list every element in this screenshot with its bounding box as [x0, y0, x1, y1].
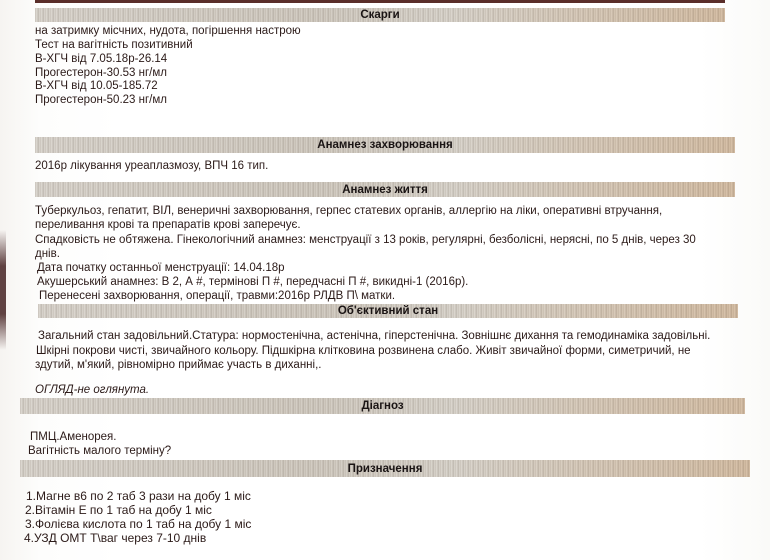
diagnosis-line: ПМЦ.Аменорея. — [30, 431, 116, 445]
section-header-life-history: Анамнез життя — [35, 182, 735, 197]
life-history-line: днів. — [35, 248, 60, 262]
objective-status-line: Шкірні покрови чисті, звичайного кольору… — [36, 345, 691, 359]
page-edge-shadow — [0, 230, 6, 350]
section-title-diagnosis: Діагноз — [361, 400, 403, 412]
top-border-rule — [35, 0, 725, 3]
section-title-objective-status: Об'єктивний стан — [338, 305, 438, 317]
section-header-complaints: Скарги — [35, 8, 725, 22]
exam-note: ОГЛЯД-не оглянута. — [35, 384, 149, 398]
prescription-item: 4.УЗД ОМТ Т\ваг через 7-10 днів — [24, 532, 206, 546]
complaints-line: на затримку місчних, нудота, погіршення … — [35, 25, 301, 39]
diagnosis-line: Вагітність малого терміну? — [28, 445, 171, 459]
section-title-disease-history: Анамнез захворювання — [317, 139, 452, 151]
life-history-line: Спадковість не обтяжена. Гінекологічний … — [35, 234, 696, 248]
scanned-document-page: Скарги на затримку місчних, нудота, погі… — [0, 0, 770, 560]
disease-history-line: 2016р лікування уреаплазмозу, ВПЧ 16 тип… — [35, 160, 268, 174]
objective-status-line: здутий, м'який, рівномірно приймає участ… — [35, 359, 321, 373]
section-header-prescriptions: Призначення — [20, 460, 750, 477]
prescription-item: 2.Вітамін Е по 1 таб на добу 1 міс — [25, 504, 212, 518]
section-header-objective-status: Об'єктивний стан — [38, 304, 738, 318]
prescription-item: 3.Фолієва кислота по 1 таб на добу 1 міс — [25, 518, 251, 532]
prescription-item: 1.Магне в6 по 2 таб 3 рази на добу 1 міс — [26, 490, 251, 504]
complaints-line: В-ХГЧ від 10.05-185.72 — [35, 80, 158, 94]
complaints-line: Тест на вагітність позитивний — [35, 39, 193, 53]
complaints-line: Прогестерон-30.53 нг/мл — [35, 67, 167, 81]
life-history-line: Туберкульоз, гепатит, ВІЛ, венеричні зах… — [35, 205, 662, 219]
section-header-diagnosis: Діагноз — [20, 398, 745, 414]
section-title-complaints: Скарги — [360, 9, 399, 21]
objective-status-line: Загальний стан задовільний.Статура: норм… — [38, 330, 710, 344]
complaints-line: Прогестерон-50.23 нг/мл — [35, 94, 167, 108]
life-history-line: переливання крові та препаратів крові за… — [35, 219, 301, 233]
complaints-line: В-ХГЧ від 7.05.18р-26.14 — [35, 53, 167, 67]
life-history-line: Перенесені захворювання, операції, травм… — [39, 290, 395, 304]
section-header-disease-history: Анамнез захворювання — [35, 137, 735, 153]
section-title-prescriptions: Призначення — [348, 463, 423, 475]
life-history-line: Дата початку останньої менструації: 14.0… — [37, 262, 285, 276]
section-title-life-history: Анамнез життя — [342, 184, 428, 196]
life-history-line: Акушерський анамнез: В 2, А #, термінові… — [37, 276, 468, 290]
